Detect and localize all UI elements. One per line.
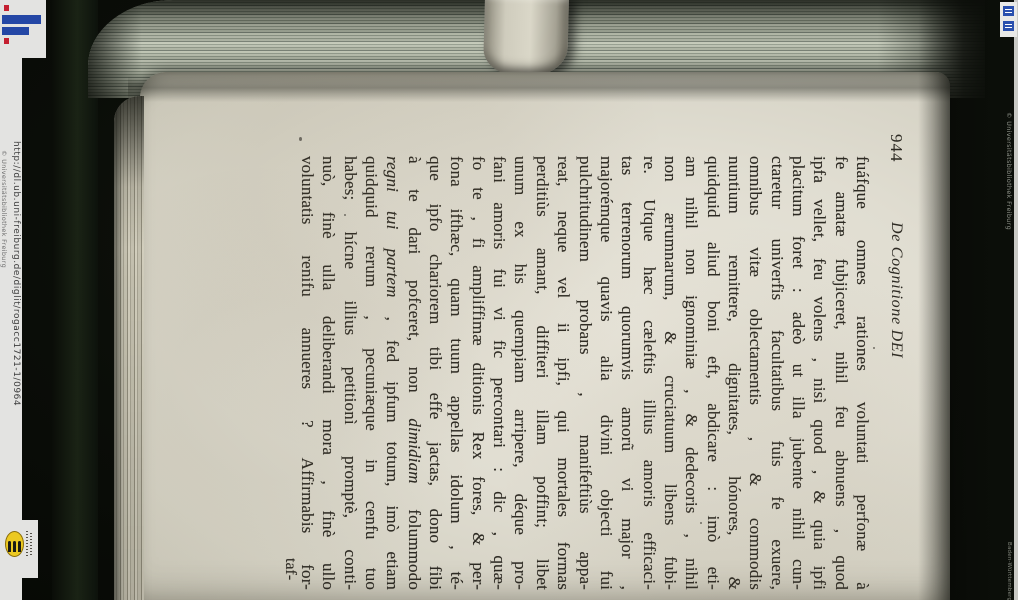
text-line: am nihil non ignominiæ , & dedecoris , n… [681,156,702,590]
text-line: pulchritudinem probans , manifeftiùs app… [574,156,595,590]
logo-red-square [4,38,9,44]
text-line: fuáfque omnes rationes voluntati perfonæ… [852,156,873,590]
text-line: ctaretur univerfis facultatibus fuis fe … [766,156,787,590]
logo-red-square [4,5,9,11]
left-copyright-text: © Universitätsbibliothek Freiburg [0,150,8,268]
text-line: habes; hícne illius petitionì promptè, c… [339,156,360,590]
paper-speck [700,522,702,524]
text-line: à te dari pofceret, non dimidiam folummo… [403,156,424,590]
book-edge-shadow [918,0,1018,600]
text-line: majorémque quavis alia divini objecti fu… [596,156,617,590]
text-line: quidquid aliud boni eft, abdicare : imò … [702,156,723,590]
text-line: perditiùs amant, diffiteri illam poffint… [532,156,553,590]
book-clasp [483,0,569,77]
text-line: re. Utque hæc cæleftis illius amoris eff… [638,156,659,590]
three-figures-seal-icon [5,531,24,557]
region-text: Baden-Württemberg [1006,542,1012,600]
paper-speck [873,347,875,349]
catchword: taf- [281,558,299,580]
ub-freiburg-logo-icon [0,0,46,58]
gutter-shadow [128,76,950,102]
text-line: non ærumnarum, & cruciatuum libens fubi- [660,156,681,590]
paper-speck [299,137,302,141]
book-page: 944 De Cognitione DEI fuáfque omnes rati… [140,72,950,600]
text-line: nuò, finè ulla deliberandi mora , finè u… [318,156,339,590]
bw-logo-chip [1003,21,1014,31]
page-number: 944 [886,134,906,163]
scan-viewport: 944 De Cognitione DEI fuáfque omnes rati… [0,0,1018,600]
logo-blue-bar [2,15,41,24]
text-line: ipfa vellet, feu volens , nisì quod , & … [809,156,830,590]
bw-mini-logo-icon [1000,2,1017,37]
text-line: fona ifthæc, quam tuum appellas idolum ,… [446,156,467,590]
text-line: fe amatæ fubjiceret, nihil feu abnuens ,… [830,156,851,590]
right-edge-strip [1014,0,1018,600]
text-line: placitum foret : adeò ut illa jubente ni… [788,156,809,590]
seal-caption-mark [26,531,28,558]
text-line: reat, neque vel ii ipfi, qui mortales fo… [553,156,574,590]
scan-url-text: http://dl.ub.uni-freiburg.de/diglit/roga… [11,141,21,406]
text-line: tas terrenorum quorumvis amorũ vi major … [617,156,638,590]
text-block: fuáfque omnes rationes voluntati perfonæ… [297,156,873,590]
bw-logo-chip [1003,6,1014,16]
seal-caption-mark [30,533,32,555]
text-line: voluntatis renifu annueres ? Affirmabis … [297,156,318,590]
text-line: omnibus vitæ oblectamentis , & commodis [745,156,766,590]
logo-blue-bar [2,27,29,35]
text-line: regni tui partem , fed ipfum totum, imò … [382,156,403,590]
text-line: fani amoris fui vi fic percontari : dic … [489,156,510,590]
right-copyright-text: © Universitätsbibliothek Freiburg [1005,112,1013,230]
text-line: fo te , fi ampliffimæ ditionis Rex fores… [467,156,488,590]
text-line: quidquid rerum , pecuniæque in cenfu tuo [361,156,382,590]
text-line: unum ex his quempiam arripere, déque pro… [510,156,531,590]
leaf-edges [114,96,144,600]
text-line: que ipfo chariorem tibi effe jactas, don… [425,156,446,590]
paper-speck [344,214,346,216]
running-title: De Cognitione DEI [887,222,905,358]
text-line: nuntium remittere, dignitates, hónores, … [724,156,745,590]
